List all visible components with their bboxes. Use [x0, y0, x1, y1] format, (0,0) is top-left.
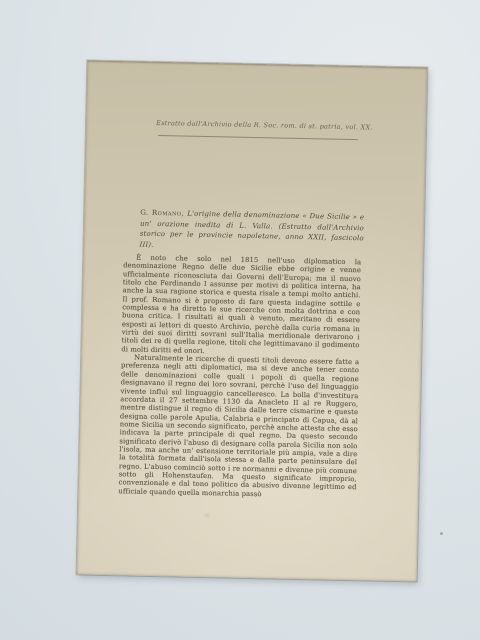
extract-header-line: Estratto dall'Archivio della R. Soc. rom…: [156, 119, 360, 131]
article-title: G. Romano, L'origine della denominazione…: [139, 208, 364, 255]
paragraph: È noto che solo nel 1815 nell'uso diplom…: [121, 253, 361, 358]
photo-background: Estratto dall'Archivio della R. Soc. rom…: [0, 0, 480, 640]
paper-sheet: Estratto dall'Archivio della R. Soc. rom…: [77, 60, 428, 581]
dust-speck: [440, 532, 443, 535]
title-author: G. Romano,: [140, 209, 187, 218]
article-body: È noto che solo nel 1815 nell'uso diplom…: [118, 253, 361, 500]
paragraph: Naturalmente le ricerche di questi titol…: [118, 353, 359, 500]
header-rule: [158, 135, 358, 140]
